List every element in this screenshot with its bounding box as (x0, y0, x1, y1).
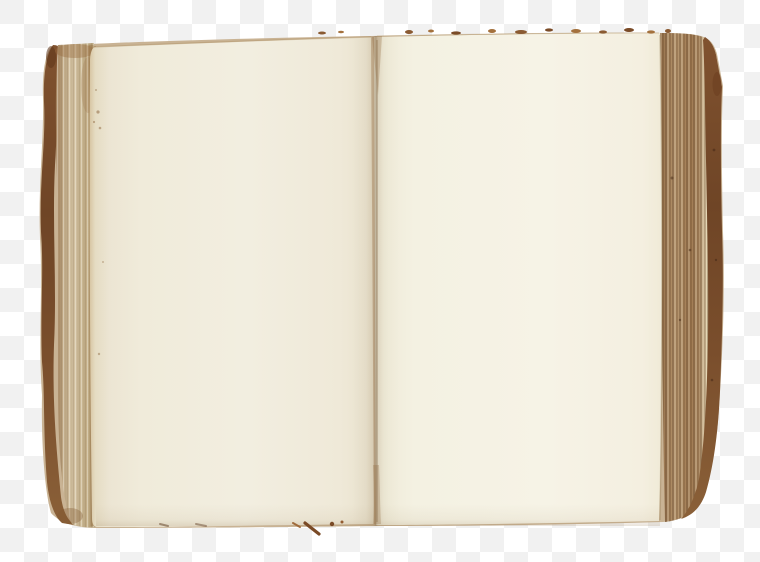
right-stack-speck (679, 319, 681, 321)
gutter-shadow (352, 36, 400, 526)
right-cover-speck (713, 149, 716, 152)
right-cover-flap (713, 72, 722, 96)
right-page (374, 33, 662, 525)
page-bottom-shade (96, 504, 660, 526)
right-stack-speck (671, 177, 674, 180)
book (40, 28, 724, 534)
left-stack-bottom-stain (57, 508, 83, 524)
left-cover-blotch (46, 46, 56, 68)
transparency-checkerboard (0, 0, 760, 562)
right-cover-speck (715, 259, 717, 261)
left-page (90, 37, 374, 527)
right-cover-speck (711, 379, 714, 382)
right-stack-speck (689, 249, 692, 252)
open-book-image (0, 0, 760, 562)
